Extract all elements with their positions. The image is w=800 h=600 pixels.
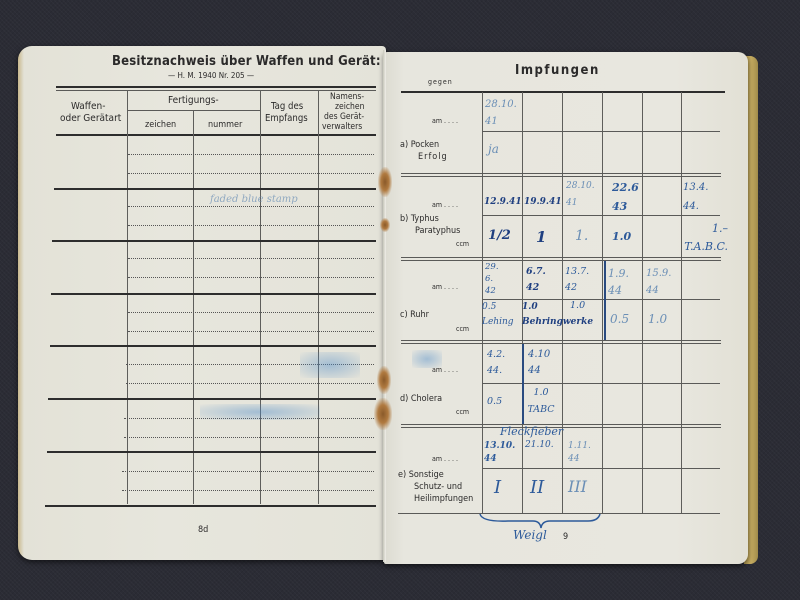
row-rule [51, 293, 376, 295]
col-namens-l3: des Gerät- [324, 112, 364, 122]
c-dose-4: 0.5 [610, 312, 629, 326]
a-date-1: 28.10. 41 [485, 96, 521, 130]
b-dose-2: 1 [536, 228, 546, 246]
section-rule [401, 173, 721, 174]
b-dose-6: 1.– T.A.B.C. [668, 220, 728, 256]
row-rule [48, 398, 376, 400]
row-rule [50, 345, 376, 347]
ink-smudge [300, 352, 360, 378]
col-zeichen: zeichen [145, 120, 176, 130]
am-label-e: am . . . . [432, 455, 458, 463]
rust-stain [380, 218, 390, 232]
c-date-5: 15.9. 44 [646, 265, 676, 299]
spine [383, 50, 386, 562]
dotted-line [128, 258, 374, 259]
b-date-1: 12.9.41 [484, 197, 522, 207]
col-namens-l1: Namens- [330, 92, 364, 102]
c-dose-5: 1.0 [648, 312, 667, 326]
ccm-label-d: ccm [456, 408, 469, 416]
b-dose-1: 1/2 [488, 228, 511, 243]
col-tag-l2: Empfangs [265, 113, 308, 124]
d-date-1: 4.2. 44. [487, 347, 517, 379]
a-result-1: ja [488, 142, 499, 156]
section-rule [401, 176, 721, 177]
header-bottom-rule [56, 134, 376, 136]
col-nummer: nummer [208, 120, 242, 130]
right-page-title: Impfungen [515, 63, 600, 78]
e-dose-3: III [568, 477, 587, 496]
section-c-label1: c) Ruhr [400, 310, 429, 320]
row-rule [45, 505, 376, 507]
right-page-number: 9 [563, 532, 568, 542]
col-line [127, 90, 128, 504]
section-b-label1: b) Typhus [400, 214, 439, 224]
row-rule [54, 188, 376, 190]
left-page-number: 8d [198, 525, 208, 535]
col-line [260, 90, 261, 504]
section-e-label1: e) Sonstige [398, 470, 444, 480]
section-rule [401, 340, 721, 341]
ink-smudge [200, 404, 320, 420]
c-date-1: 29. 6. 42 [485, 261, 505, 297]
table-top-rule [56, 86, 376, 88]
dotted-line [128, 312, 374, 313]
impf-top-rule [401, 91, 725, 93]
col-waffen-l2: oder Gerätart [60, 113, 121, 124]
col-fertigungs: Fertigungs- [168, 95, 219, 106]
row-mid-rule [482, 468, 720, 469]
left-page-title: Besitznachweis über Waffen und Gerät: [112, 54, 381, 69]
row-mid-rule [482, 383, 720, 384]
b-date-3: 28.10. 41 [566, 178, 600, 212]
c-dose-1: 0.5 Lehing [482, 300, 522, 330]
ccm-label-b: ccm [456, 240, 469, 248]
faded-stamp: faded blue stamp [210, 194, 298, 205]
section-a-label1: a) Pocken [400, 140, 439, 150]
am-label-c: am . . . . [432, 283, 458, 291]
col-waffen-l1: Waffen- [71, 101, 105, 112]
rust-stain [378, 167, 392, 197]
col-line [602, 92, 603, 514]
dotted-line [122, 471, 374, 472]
row-mid-rule [482, 131, 720, 132]
dotted-line [124, 437, 374, 438]
dotted-line [128, 277, 374, 278]
dotted-line [128, 173, 374, 174]
dotted-line [128, 206, 374, 207]
ink-line [522, 344, 524, 424]
section-rule [401, 343, 721, 344]
d-date-2: 4.10 44 [528, 347, 558, 379]
col-line [318, 90, 319, 504]
b-date-2: 19.9.41 [524, 197, 562, 207]
dotted-line [126, 383, 374, 384]
am-label-b: am . . . . [432, 201, 458, 209]
am-label-a: am . . . . [432, 117, 458, 125]
section-e-label3: Heilimpfungen [414, 494, 473, 504]
signature: Weigl [513, 528, 547, 542]
d-dose-2: 1.0 TABC [524, 384, 558, 418]
section-d-label1: d) Cholera [400, 394, 442, 404]
e-date-3: 1.11. 44 [568, 440, 598, 466]
left-page-subtitle: — H. M. 1940 Nr. 205 — [168, 71, 254, 80]
e-annotation: Fleckfieber [500, 425, 563, 438]
b-dose-3: 1. [575, 228, 588, 244]
b-date-6: 13.4. 44. [683, 178, 715, 216]
col-line [681, 92, 682, 514]
c-dose-3: 1.0 [570, 300, 585, 311]
b-dose-4: 1.0 [612, 230, 631, 243]
e-date-1: 13.10. 44 [484, 440, 518, 466]
section-b-label2: Paratyphus [415, 226, 460, 236]
c-date-3: 13.7. 42 [565, 264, 595, 296]
dotted-line [128, 154, 374, 155]
col-namens-l2: zeichen [335, 102, 364, 112]
rust-stain [377, 366, 391, 394]
section-rule [401, 257, 721, 258]
col-line [193, 110, 194, 504]
e-dose-1: I [494, 477, 501, 498]
col-tag-l1: Tag des [271, 101, 303, 112]
col-line [642, 92, 643, 514]
ccm-label-c: ccm [456, 325, 469, 333]
section-e-label2: Schutz- und [414, 482, 462, 492]
row-rule [52, 240, 376, 242]
c-date-2: 6.7. 42 [526, 264, 556, 296]
col-namens-l4: verwalters [322, 122, 362, 132]
d-dose-1: 0.5 [487, 396, 502, 407]
section-a-label2: Erfolg [418, 152, 448, 162]
e-date-2: 21.10. [525, 440, 554, 450]
b-date-4: 22.6 43 [612, 178, 638, 216]
row-rule [47, 451, 376, 453]
ink-line [604, 261, 606, 341]
dotted-line [128, 225, 374, 226]
dotted-line [128, 331, 374, 332]
gegen-label: gegen [428, 78, 453, 86]
table-top-rule-thin [56, 90, 376, 91]
c-date-4: 1.9. 44 [608, 265, 638, 299]
rust-stain [374, 398, 392, 430]
e-dose-2: II [530, 477, 544, 498]
dotted-line [122, 490, 374, 491]
section-rule [401, 260, 721, 261]
ink-smudge [412, 350, 442, 368]
